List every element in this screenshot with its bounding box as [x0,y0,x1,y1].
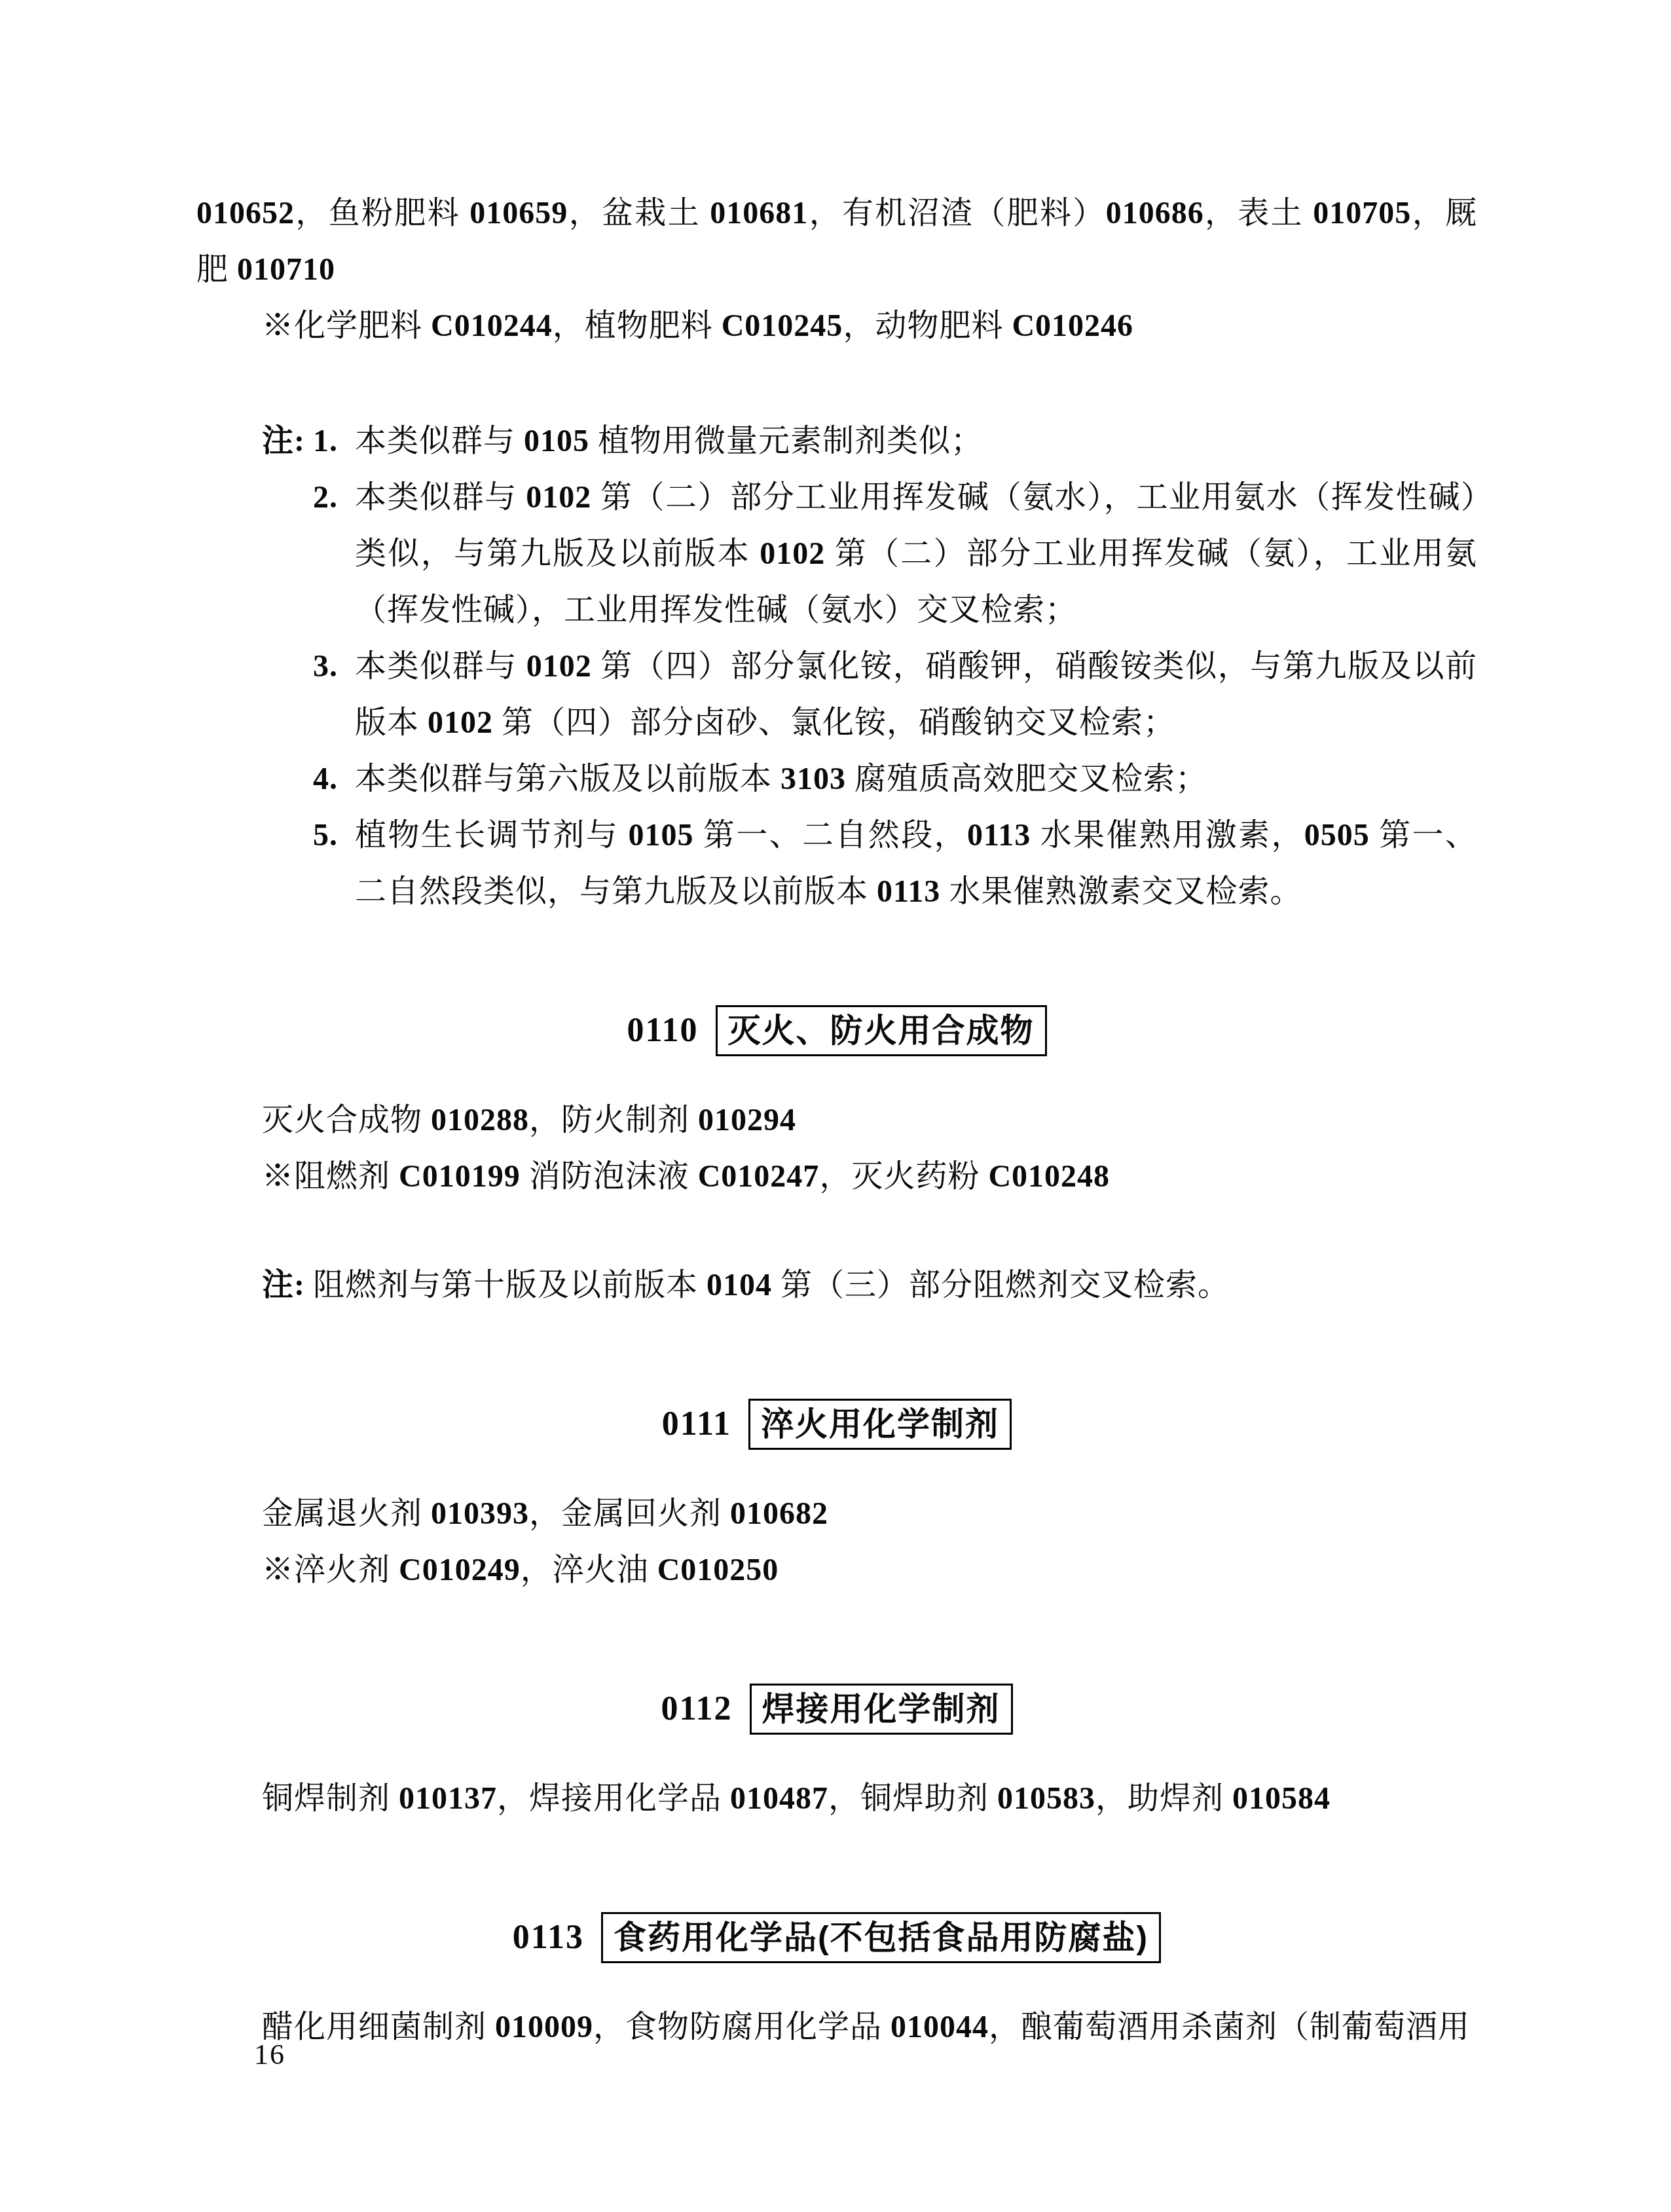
document-body: 010652，鱼粉肥料 010659，盆栽土 010681，有机沼渣（肥料）01… [196,185,1477,2055]
section-heading-0112: 0112 焊接用化学制剂 [196,1684,1477,1735]
note-label: 注: [262,1257,313,1314]
section-title-box: 淬火用化学制剂 [748,1399,1012,1450]
section-title-box: 灭火、防火用合成物 [716,1005,1047,1056]
notes-block: 注: 1. 本类似群与 0105 植物用微量元素制剂类似； 2. 本类似群与 0… [262,413,1477,920]
section-supplement-line: ※阻燃剂 C010199 消防泡沫液 C010247，灭火药粉 C010248 [196,1149,1477,1205]
section-heading-0111: 0111 淬火用化学制剂 [196,1399,1477,1450]
continuation-paragraph: 010652，鱼粉肥料 010659，盆栽土 010681，有机沼渣（肥料）01… [196,185,1477,298]
note-text: 本类似群与 0102 第（四）部分氯化铵，硝酸钾，硝酸铵类似，与第九版及以前版本… [355,638,1477,751]
section-items-paragraph: 金属退火剂 010393，金属回火剂 010682 [196,1486,1477,1542]
notes-items: 1. 本类似群与 0105 植物用微量元素制剂类似； 2. 本类似群与 0102… [313,413,1477,920]
section-note: 注: 阻燃剂与第十版及以前版本 0104 第（三）部分阻燃剂交叉检索。 [262,1257,1477,1314]
note-text: 阻燃剂与第十版及以前版本 0104 第（三）部分阻燃剂交叉检索。 [313,1257,1477,1314]
section-title-box: 食药用化学品(不包括食品用防腐盐) [601,1912,1161,1963]
section-items-paragraph: 铜焊制剂 010137，焊接用化学品 010487，铜焊助剂 010583，助焊… [196,1771,1477,1827]
section-items-paragraph: 醋化用细菌制剂 010009，食物防腐用化学品 010044，酿葡萄酒用杀菌剂（… [196,1999,1477,2055]
section-code: 0111 [662,1405,731,1443]
note-number: 3. [313,638,355,695]
continuation-supplement-line: ※化学肥料 C010244，植物肥料 C010245，动物肥料 C010246 [196,298,1477,354]
note-number: 4. [313,751,355,807]
section-code: 0113 [513,1919,584,1957]
note-item: 3. 本类似群与 0102 第（四）部分氯化铵，硝酸钾，硝酸铵类似，与第九版及以… [313,638,1477,751]
note-item: 5. 植物生长调节剂与 0105 第一、二自然段，0113 水果催熟用激素，05… [313,807,1477,920]
note-text: 本类似群与 0105 植物用微量元素制剂类似； [355,413,1477,470]
note-item: 2. 本类似群与 0102 第（二）部分工业用挥发碱（氨水），工业用氨水（挥发性… [313,470,1477,638]
note-text: 本类似群与第六版及以前版本 3103 腐殖质高效肥交叉检索； [355,751,1477,807]
section-heading-0110: 0110 灭火、防火用合成物 [196,1005,1477,1056]
note-text: 本类似群与 0102 第（二）部分工业用挥发碱（氨水），工业用氨水（挥发性碱）类… [355,470,1477,638]
section-supplement-line: ※淬火剂 C010249，淬火油 C010250 [196,1542,1477,1598]
document-page: 010652，鱼粉肥料 010659，盆栽土 010681，有机沼渣（肥料）01… [0,0,1671,2212]
note-number: 2. [313,470,355,526]
notes-label: 注: [262,413,313,470]
section-title-box: 焊接用化学制剂 [750,1684,1013,1735]
note-number: 1. [313,413,355,470]
section-code: 0112 [661,1690,732,1728]
note-item: 1. 本类似群与 0105 植物用微量元素制剂类似； [313,413,1477,470]
page-number: 16 [254,2038,285,2072]
section-items-paragraph: 灭火合成物 010288，防火制剂 010294 [196,1092,1477,1149]
note-number: 5. [313,807,355,864]
section-heading-0113: 0113 食药用化学品(不包括食品用防腐盐) [196,1912,1477,1963]
note-item: 4. 本类似群与第六版及以前版本 3103 腐殖质高效肥交叉检索； [313,751,1477,807]
note-text: 植物生长调节剂与 0105 第一、二自然段，0113 水果催熟用激素，0505 … [355,807,1477,920]
section-code: 0110 [627,1012,698,1050]
